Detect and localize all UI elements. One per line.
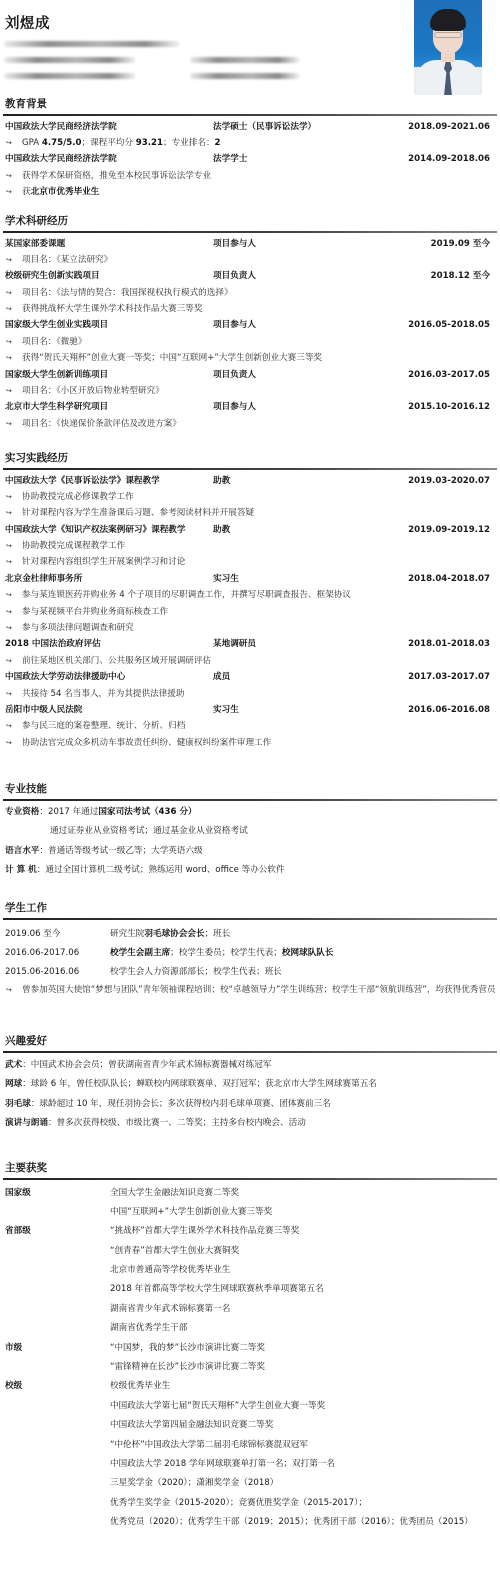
section-title: 教育背景 <box>0 96 500 112</box>
entry-header: 中国政法大学劳动法律援助中心成员2017.03-2017.07 <box>0 669 500 685</box>
hobby-label: 武术 <box>5 1060 22 1070</box>
bullet-icon: ↪ <box>6 620 12 636</box>
bullet-text-part: 4.75/5.0 <box>42 138 82 148</box>
education-entry: 中国政法大学民商经济法学院法学硕士（民事诉讼法学）2018.09-2021.06… <box>0 119 500 152</box>
research-entry: 北京市大学生科学研究项目项目参与人2015.10-2016.12↪项目名：《快递… <box>0 399 500 432</box>
bullet-text: 项目名：《微驰》 <box>22 337 86 347</box>
award-row: 湖南省优秀学生干部 <box>0 1319 500 1338</box>
bullet-item: ↪针对课程内容为学生准备课后习题、参考阅读材料并开展答疑 <box>0 505 500 521</box>
section-title: 学生工作 <box>0 900 500 916</box>
entry-period: 2019.03-2020.07 <box>408 473 490 489</box>
award-row: “创青春”首都大学生创业大赛铜奖 <box>0 1242 500 1261</box>
entry-period: 2018.01-2018.03 <box>408 636 490 652</box>
bullet-text: 针对课程内容为学生准备课后习题、参考阅读材料并开展答疑 <box>22 508 254 518</box>
section-title: 学术科研经历 <box>0 213 500 229</box>
award-row: 中国政法大学 2018 学年网球联赛单打第一名；双打第一名 <box>0 1455 500 1474</box>
research-entry: 某国家部委课题项目参与人2019.09 至今↪项目名：《某立法研究》 <box>0 236 500 269</box>
bullet-item: ↪协助法官完成众多机动车事故责任纠纷、健康权纠纷案件审理工作 <box>0 735 500 751</box>
internship-entry: 中国政法大学劳动法律援助中心成员2017.03-2017.07↪共接待 54 名… <box>0 669 500 702</box>
entry-header: 中国政法大学民商经济法学院法学学士2014.09-2018.06 <box>0 151 500 167</box>
hobby-item: 羽毛球：球龄超过 10 年，现任羽协会长；多次获得校内羽毛球单项赛、团体赛前三名 <box>0 1095 500 1115</box>
section-divider <box>3 468 497 470</box>
student-work-roles: 校学生会人力资源部部长；校学生代表；班长 <box>110 963 282 982</box>
bullet-item: ↪前往某地区机关部门、公共服务区域开展调研评估 <box>0 653 500 669</box>
bullet-item: ↪获北京市优秀毕业生 <box>0 184 500 200</box>
skill-label: 计 算 机 <box>5 865 37 875</box>
entry-header: 国家级大学生创业实践项目项目参与人2016.05-2018.05 <box>0 317 500 333</box>
award-item: 2018 年首都高等学校大学生网球联赛秋季单项赛第五名 <box>110 1280 324 1299</box>
entry-header: 中国政法大学民商经济法学院法学硕士（民事诉讼法学）2018.09-2021.06 <box>0 119 500 135</box>
entry-name: 北京金杜律师事务所 <box>5 571 82 587</box>
internship-entry: 中国政法大学《知识产权法案例研习》课程教学助教2019.09-2019.12↪协… <box>0 522 500 571</box>
student-work-roles: 研究生院羽毛球协会会长；班长 <box>110 925 230 944</box>
bullet-icon: ↪ <box>6 718 12 734</box>
award-row: 中国“互联网+”大学生创新创业大赛三等奖 <box>0 1203 500 1222</box>
redacted-contact-line <box>4 73 136 79</box>
internship-entry: 北京金杜律师事务所实习生2018.04-2018.07↪参与某连锁医药并购业务 … <box>0 571 500 637</box>
bullet-item: ↪参与某视频平台并购业务商标核查工作 <box>0 604 500 620</box>
bullet-item: ↪项目名：《某立法研究》 <box>0 252 500 268</box>
entry-name: 中国政法大学《知识产权法案例研习》课程教学 <box>5 522 185 538</box>
section-awards: 主要获奖 国家级全国大学生金融法知识竞赛二等奖中国“互联网+”大学生创新创业大赛… <box>0 1160 500 1533</box>
entry-name: 中国政法大学劳动法律援助中心 <box>5 669 125 685</box>
bullet-item: ↪协助教授完成必修课教学工作 <box>0 489 500 505</box>
bullet-text: 协助教授完成必修课教学工作 <box>22 492 134 502</box>
section-skills: 专业技能 专业资格：2017 年通过国家司法考试（436 分） 通过证券业从业资… <box>0 781 500 881</box>
award-level: 省部级 <box>5 1222 31 1241</box>
entry-period: 2014.09-2018.06 <box>408 151 490 167</box>
student-work-row: 2015.06-2016.06校学生会人力资源部部长；校学生代表；班长 <box>0 963 500 982</box>
bullet-text-part: GPA <box>22 138 42 148</box>
award-item: 全国大学生金融法知识竞赛二等奖 <box>110 1184 239 1203</box>
entry-period: 2019.09 至今 <box>431 236 490 252</box>
bullet-item: ↪共接待 54 名当事人，并为其提供法律援助 <box>0 686 500 702</box>
award-row: 市级“中国梦，我的梦”长沙市演讲比赛二等奖 <box>0 1339 500 1358</box>
internship-entry: 岳阳市中级人民法院实习生2016.06-2016.08↪参与民三庭的案卷整理、统… <box>0 702 500 751</box>
bullet-item: ↪获得“贺氏天翔杯”创业大赛一等奖；中国“互联网+”大学生创新创业大赛三等奖 <box>0 350 500 366</box>
section-title: 实习实践经历 <box>0 450 500 466</box>
entry-role: 实习生 <box>213 702 239 718</box>
section-student-work: 学生工作 2019.06 至今研究生院羽毛球协会会长；班长2016.06-201… <box>0 900 500 998</box>
skill-label: 语言水平 <box>5 846 39 856</box>
entry-role: 实习生 <box>213 571 239 587</box>
bullet-item: ↪协助教授完成课程教学工作 <box>0 538 500 554</box>
award-item: “中伦杯”中国政法大学第二届羽毛球锦标赛混双冠军 <box>110 1436 308 1455</box>
section-title: 兴趣爱好 <box>0 1033 500 1049</box>
entry-name: 2018 中国法治政府评估 <box>5 636 101 652</box>
entry-role: 项目参与人 <box>213 317 256 333</box>
bullet-item: ↪获得挑战杯大学生课外学术科技作品大赛三等奖 <box>0 301 500 317</box>
award-item: “雷锋精神在长沙”长沙市演讲比赛二等奖 <box>110 1358 265 1377</box>
bullet-text-part: 北京市优秀毕业生 <box>31 187 100 197</box>
entry-period: 2015.10-2016.12 <box>408 399 490 415</box>
student-work-note: ↪ 曾参加英国大使馆“梦想与团队”青年领袖课程培训；校“卓越领导力”学生训练营；… <box>0 982 500 998</box>
bullet-text: 项目名：《小区开放后物业转型研究》 <box>22 386 164 396</box>
bullet-item: ↪项目名：《快递保价条款评估及改进方案》 <box>0 416 500 432</box>
entry-name: 某国家部委课题 <box>5 236 65 252</box>
entry-role: 助教 <box>213 522 230 538</box>
bullet-icon: ↪ <box>6 383 12 399</box>
entry-period: 2018.04-2018.07 <box>408 571 490 587</box>
entry-period: 2019.09-2019.12 <box>408 522 490 538</box>
bullet-text: 参与某连锁医药并购业务 4 个子项目的尽职调查工作，并撰写尽职调查报告、框架协议 <box>22 590 351 600</box>
role-part: 校网球队队长 <box>282 948 334 958</box>
section-divider <box>3 918 497 920</box>
bullet-text-part: 93.21 <box>136 138 163 148</box>
bullet-text: 项目名：《快递保价条款评估及改进方案》 <box>22 419 181 429</box>
bullet-icon: ↪ <box>6 334 12 350</box>
hobby-text: ：曾多次获得校级、市级比赛一、二等奖；主持多台校内晚会、活动 <box>48 1118 306 1128</box>
bullet-item: ↪参与民三庭的案卷整理、统计、分析、归档 <box>0 718 500 734</box>
entry-name: 中国政法大学《民事诉讼法学》课程教学 <box>5 473 160 489</box>
award-item: 三星奖学金（2020）；潇湘奖学金（2018） <box>110 1474 278 1493</box>
bullet-item: ↪获得学术保研资格，推免至本校民事诉讼法学专业 <box>0 168 500 184</box>
entry-role: 项目负责人 <box>213 367 256 383</box>
bullet-item: ↪参与某连锁医药并购业务 4 个子项目的尽职调查工作，并撰写尽职调查报告、框架协… <box>0 587 500 603</box>
section-title: 专业技能 <box>0 781 500 797</box>
section-divider <box>3 114 497 116</box>
entry-header: 中国政法大学《知识产权法案例研习》课程教学助教2019.09-2019.12 <box>0 522 500 538</box>
award-item: “挑战杯”首都大学生课外学术科技作品竞赛三等奖 <box>110 1222 299 1241</box>
bullet-icon: ↪ <box>6 135 12 151</box>
bullet-icon: ↪ <box>6 301 12 317</box>
bullet-text: 项目名：《某立法研究》 <box>22 255 112 265</box>
entry-header: 岳阳市中级人民法院实习生2016.06-2016.08 <box>0 702 500 718</box>
entry-period: 2017.03-2017.07 <box>408 669 490 685</box>
skill-qualification-line2: 通过证券业从业资格考试；通过基金业从业资格考试 <box>0 822 500 842</box>
skill-computer: 计 算 机：通过全国计算机二级考试；熟练运用 word、office 等办公软件 <box>0 861 500 881</box>
award-item: 湖南省青少年武术锦标赛第一名 <box>110 1300 230 1319</box>
bullet-text-part: 获 <box>22 187 31 197</box>
student-work-date: 2019.06 至今 <box>5 925 60 944</box>
skill-language: 语言水平：普通话等级考试一级乙等；大学英语六级 <box>0 842 500 862</box>
bullet-text-part: 获得学术保研资格，推免至本校民事诉讼法学专业 <box>22 171 211 181</box>
bullet-text: 参与某视频平台并购业务商标核查工作 <box>22 607 168 617</box>
award-level: 市级 <box>5 1339 22 1358</box>
bullet-text-part: ；课程平均分 <box>81 138 135 148</box>
hobby-item: 演讲与朗诵：曾多次获得校级、市级比赛一、二等奖；主持多台校内晚会、活动 <box>0 1114 500 1134</box>
research-entry: 国家级大学生创新训练项目项目负责人2016.03-2017.05↪项目名：《小区… <box>0 367 500 400</box>
bullet-text: 前往某地区机关部门、公共服务区域开展调研评估 <box>22 656 211 666</box>
entry-name: 国家级大学生创业实践项目 <box>5 317 108 333</box>
award-item: 优秀党员（2020）；优秀学生干部（2019；2015）；优秀团干部（2016）… <box>110 1513 473 1532</box>
section-divider <box>3 799 497 801</box>
hobby-text: ：中国武术协会会员；曾获湖南省青少年武术锦标赛器械对练冠军 <box>22 1060 271 1070</box>
bullet-text: 共接待 54 名当事人，并为其提供法律援助 <box>22 689 185 699</box>
award-item: 优秀学生奖学金（2015-2020）；竞赛优胜奖学金（2015-2017）； <box>110 1494 367 1513</box>
entry-period: 2018.09-2021.06 <box>408 119 490 135</box>
bullet-icon: ↪ <box>6 604 12 620</box>
entry-header: 中国政法大学《民事诉讼法学》课程教学助教2019.03-2020.07 <box>0 473 500 489</box>
student-work-roles: 校学生会副主席；校学生委员；校学生代表；校网球队队长 <box>110 944 333 963</box>
bullet-text: 针对课程内容组织学生开展案例学习和讨论 <box>22 557 185 567</box>
bullet-icon: ↪ <box>6 285 12 301</box>
entry-header: 国家级大学生创新训练项目项目负责人2016.03-2017.05 <box>0 367 500 383</box>
bullet-icon: ↪ <box>6 184 12 200</box>
education-entry: 中国政法大学民商经济法学院法学学士2014.09-2018.06↪获得学术保研资… <box>0 151 500 200</box>
role-part: 羽毛球协会会长 <box>144 929 204 939</box>
award-item: “中国梦，我的梦”长沙市演讲比赛二等奖 <box>110 1339 265 1358</box>
award-row: 中国政法大学第七届“贺氏天翔杯”大学生创业大赛一等奖 <box>0 1397 500 1416</box>
hobby-item: 武术：中国武术协会会员；曾获湖南省青少年武术锦标赛器械对练冠军 <box>0 1056 500 1076</box>
entry-name: 中国政法大学民商经济法学院 <box>5 119 117 135</box>
bullet-icon: ↪ <box>6 252 12 268</box>
award-row: 湖南省青少年武术锦标赛第一名 <box>0 1300 500 1319</box>
student-work-date: 2016.06-2017.06 <box>5 944 79 963</box>
hobby-item: 网球：球龄 6 年，曾任校队队长；蝉联校内网球联赛单、双打冠军；获北京市大学生网… <box>0 1075 500 1095</box>
award-row: 校级校级优秀毕业生 <box>0 1377 500 1396</box>
skill-qualification: 专业资格：2017 年通过国家司法考试（436 分） <box>0 803 500 823</box>
entry-role: 某地调研员 <box>213 636 256 652</box>
entry-header: 校级研究生创新实践项目项目负责人2018.12 至今 <box>0 268 500 284</box>
entry-name: 岳阳市中级人民法院 <box>5 702 82 718</box>
redacted-contact-line <box>190 57 300 63</box>
resume-header: 刘煜成 <box>0 0 500 96</box>
bullet-text-part: ；专业排名： <box>163 138 215 148</box>
award-row: 国家级全国大学生金融法知识竞赛二等奖 <box>0 1184 500 1203</box>
role-part: 校学生会副主席 <box>110 948 170 958</box>
entry-role: 法学硕士（民事诉讼法学） <box>213 119 316 135</box>
entry-role: 项目参与人 <box>213 236 256 252</box>
hobby-label: 羽毛球 <box>5 1099 31 1109</box>
bullet-text: 参与多项法律问题调查和研究 <box>22 623 134 633</box>
role-part: 研究生院 <box>110 929 144 939</box>
award-row: “中伦杯”中国政法大学第二届羽毛球锦标赛混双冠军 <box>0 1436 500 1455</box>
award-row: 省部级“挑战杯”首都大学生课外学术科技作品竞赛三等奖 <box>0 1222 500 1241</box>
skill-label: 专业资格 <box>5 807 39 817</box>
award-row: 2018 年首都高等学校大学生网球联赛秋季单项赛第五名 <box>0 1280 500 1299</box>
research-entry: 校级研究生创新实践项目项目负责人2018.12 至今↪项目名：《法与情的契合：我… <box>0 268 500 317</box>
bullet-text: 获得“贺氏天翔杯”创业大赛一等奖；中国“互联网+”大学生创新创业大赛三等奖 <box>22 353 322 363</box>
bullet-icon: ↪ <box>6 505 12 521</box>
bullet-icon: ↪ <box>6 538 12 554</box>
entry-name: 北京市大学生科学研究项目 <box>5 399 108 415</box>
bullet-icon: ↪ <box>6 350 12 366</box>
entry-name: 中国政法大学民商经济法学院 <box>5 151 117 167</box>
bullet-icon: ↪ <box>6 982 12 998</box>
entry-header: 某国家部委课题项目参与人2019.09 至今 <box>0 236 500 252</box>
bullet-icon: ↪ <box>6 416 12 432</box>
hobby-label: 演讲与朗诵 <box>5 1118 48 1128</box>
entry-role: 法学学士 <box>213 151 247 167</box>
student-work-row: 2016.06-2017.06校学生会副主席；校学生委员；校学生代表；校网球队队… <box>0 944 500 963</box>
redacted-contact-line <box>4 41 180 47</box>
hobby-label: 网球 <box>5 1079 22 1089</box>
section-title: 主要获奖 <box>0 1160 500 1176</box>
award-item: 湖南省优秀学生干部 <box>110 1319 187 1338</box>
award-item: 中国政法大学第四届金融法知识竞赛二等奖 <box>110 1416 273 1435</box>
section-divider <box>3 231 497 233</box>
award-item: “创青春”首都大学生创业大赛铜奖 <box>110 1242 239 1261</box>
bullet-icon: ↪ <box>6 489 12 505</box>
award-item: 中国“互联网+”大学生创新创业大赛三等奖 <box>110 1203 272 1222</box>
award-row: 北京市普通高等学校优秀毕业生 <box>0 1261 500 1280</box>
bullet-icon: ↪ <box>6 168 12 184</box>
bullet-item: ↪GPA 4.75/5.0；课程平均分 93.21；专业排名：2 <box>0 135 500 151</box>
entry-header: 2018 中国法治政府评估某地调研员2018.01-2018.03 <box>0 636 500 652</box>
bullet-text: 获得挑战杯大学生课外学术科技作品大赛三等奖 <box>22 304 202 314</box>
research-entry: 国家级大学生创业实践项目项目参与人2016.05-2018.05↪项目名：《微驰… <box>0 317 500 366</box>
bullet-text: 项目名：《法与情的契合：我国探视权执行模式的选择》 <box>22 288 233 298</box>
bullet-icon: ↪ <box>6 735 12 751</box>
award-level: 校级 <box>5 1377 22 1396</box>
section-education: 教育背景 中国政法大学民商经济法学院法学硕士（民事诉讼法学）2018.09-20… <box>0 96 500 200</box>
section-divider <box>3 1051 497 1053</box>
bullet-text: 参与民三庭的案卷整理、统计、分析、归档 <box>22 721 185 731</box>
bullet-item: ↪针对课程内容组织学生开展案例学习和讨论 <box>0 554 500 570</box>
entry-period: 2016.05-2018.05 <box>408 317 490 333</box>
bullet-item: ↪项目名：《微驰》 <box>0 334 500 350</box>
role-part: ；校学生委员；校学生代表； <box>170 948 282 958</box>
bullet-icon: ↪ <box>6 653 12 669</box>
redacted-contact-line <box>4 57 136 63</box>
candidate-name: 刘煜成 <box>5 12 50 33</box>
student-work-date: 2015.06-2016.06 <box>5 963 79 982</box>
award-row: 优秀党员（2020）；优秀学生干部（2019；2015）；优秀团干部（2016）… <box>0 1513 500 1532</box>
bullet-icon: ↪ <box>6 587 12 603</box>
bullet-item: ↪项目名：《小区开放后物业转型研究》 <box>0 383 500 399</box>
award-row: 三星奖学金（2020）；潇湘奖学金（2018） <box>0 1474 500 1493</box>
redacted-contact-line <box>190 73 300 79</box>
award-item: 中国政法大学第七届“贺氏天翔杯”大学生创业大赛一等奖 <box>110 1397 325 1416</box>
internship-entry: 2018 中国法治政府评估某地调研员2018.01-2018.03↪前往某地区机… <box>0 636 500 669</box>
entry-name: 国家级大学生创新训练项目 <box>5 367 108 383</box>
role-part: 校学生会人力资源部部长；校学生代表；班长 <box>110 967 282 977</box>
entry-period: 2016.03-2017.05 <box>408 367 490 383</box>
entry-period: 2018.12 至今 <box>431 268 490 284</box>
portrait-photo <box>414 0 482 95</box>
award-item: 中国政法大学 2018 学年网球联赛单打第一名；双打第一名 <box>110 1455 335 1474</box>
award-row: 优秀学生奖学金（2015-2020）；竞赛优胜奖学金（2015-2017）； <box>0 1494 500 1513</box>
entry-period: 2016.06-2016.08 <box>408 702 490 718</box>
bullet-text-part: 2 <box>215 138 221 148</box>
bullet-text: 协助法官完成众多机动车事故责任纠纷、健康权纠纷案件审理工作 <box>22 738 271 748</box>
hobby-text: ：球龄 6 年，曾任校队队长；蝉联校内网球联赛单、双打冠军；获北京市大学生网球赛… <box>22 1079 377 1089</box>
award-item: 北京市普通高等学校优秀毕业生 <box>110 1261 230 1280</box>
section-divider <box>3 1178 497 1180</box>
entry-role: 成员 <box>213 669 230 685</box>
award-row: 中国政法大学第四届金融法知识竞赛二等奖 <box>0 1416 500 1435</box>
award-level: 国家级 <box>5 1184 31 1203</box>
role-part: ；班长 <box>205 929 231 939</box>
entry-role: 项目参与人 <box>213 399 256 415</box>
section-hobbies: 兴趣爱好 武术：中国武术协会会员；曾获湖南省青少年武术锦标赛器械对练冠军网球：球… <box>0 1033 500 1134</box>
entry-name: 校级研究生创新实践项目 <box>5 268 100 284</box>
bullet-icon: ↪ <box>6 686 12 702</box>
section-internship: 实习实践经历 中国政法大学《民事诉讼法学》课程教学助教2019.03-2020.… <box>0 450 500 751</box>
bullet-item: ↪项目名：《法与情的契合：我国探视权执行模式的选择》 <box>0 285 500 301</box>
internship-entry: 中国政法大学《民事诉讼法学》课程教学助教2019.03-2020.07↪协助教授… <box>0 473 500 522</box>
hobby-text: ：球龄超过 10 年，现任羽协会长；多次获得校内羽毛球单项赛、团体赛前三名 <box>31 1099 331 1109</box>
entry-header: 北京市大学生科学研究项目项目参与人2015.10-2016.12 <box>0 399 500 415</box>
section-research: 学术科研经历 某国家部委课题项目参与人2019.09 至今↪项目名：《某立法研究… <box>0 213 500 432</box>
entry-role: 助教 <box>213 473 230 489</box>
entry-header: 北京金杜律师事务所实习生2018.04-2018.07 <box>0 571 500 587</box>
student-work-row: 2019.06 至今研究生院羽毛球协会会长；班长 <box>0 925 500 944</box>
bullet-text: 协助教授完成课程教学工作 <box>22 541 125 551</box>
bullet-item: ↪参与多项法律问题调查和研究 <box>0 620 500 636</box>
entry-role: 项目负责人 <box>213 268 256 284</box>
award-item: 校级优秀毕业生 <box>110 1377 170 1396</box>
bullet-icon: ↪ <box>6 554 12 570</box>
award-row: “雷锋精神在长沙”长沙市演讲比赛二等奖 <box>0 1358 500 1377</box>
